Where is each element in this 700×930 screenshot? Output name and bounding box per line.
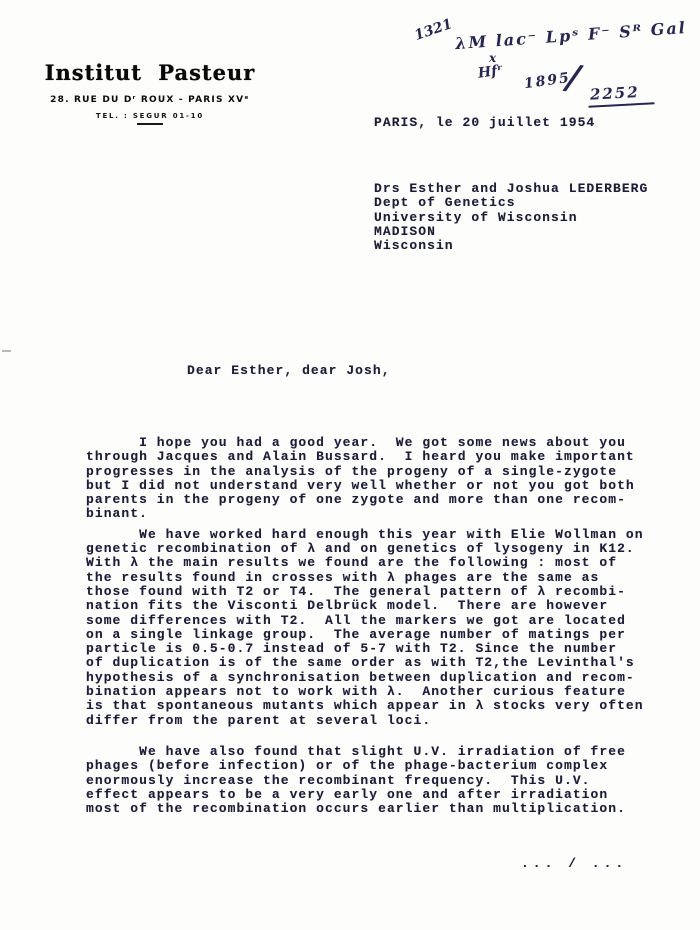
salutation: Dear Esther, dear Josh,	[187, 364, 391, 378]
handwritten-genotype-notation: λM lac⁻ Lpˢ F⁻ Sᴿ Gal	[455, 18, 688, 53]
letter-body: I hope you had a good year. We got some …	[86, 436, 644, 822]
letterhead-rule	[137, 123, 163, 125]
handwritten-archive-number: 1321	[412, 16, 454, 44]
letterhead: Institut Pasteur 28. RUE DU Dʳ ROUX - PA…	[32, 60, 268, 125]
scan-artifact	[2, 350, 11, 352]
recipient-address-block: Drs Esther and Joshua LEDERBERG Dept of …	[374, 182, 648, 253]
dateline: PARIS, le 20 juillet 1954	[374, 116, 595, 130]
paragraph-3: We have also found that slight U.V. irra…	[86, 745, 644, 816]
paragraph-2: We have worked hard enough this year wit…	[86, 528, 644, 728]
handwritten-hfr-label: Hfʳ	[477, 62, 504, 81]
institution-telephone: TEL. : SEGUR 01-10	[32, 112, 268, 120]
continuation-mark: ... / ...	[521, 857, 627, 871]
paragraph-1: I hope you had a good year. We got some …	[86, 436, 644, 522]
letter-page: Institut Pasteur 28. RUE DU Dʳ ROUX - PA…	[0, 0, 700, 930]
handwritten-fraction-slash: /	[564, 57, 582, 98]
institution-name: Institut Pasteur	[32, 60, 268, 85]
handwritten-fraction-denominator: 2252	[587, 82, 654, 107]
institution-address: 28. RUE DU Dʳ ROUX - PARIS XVᵉ	[32, 95, 268, 105]
